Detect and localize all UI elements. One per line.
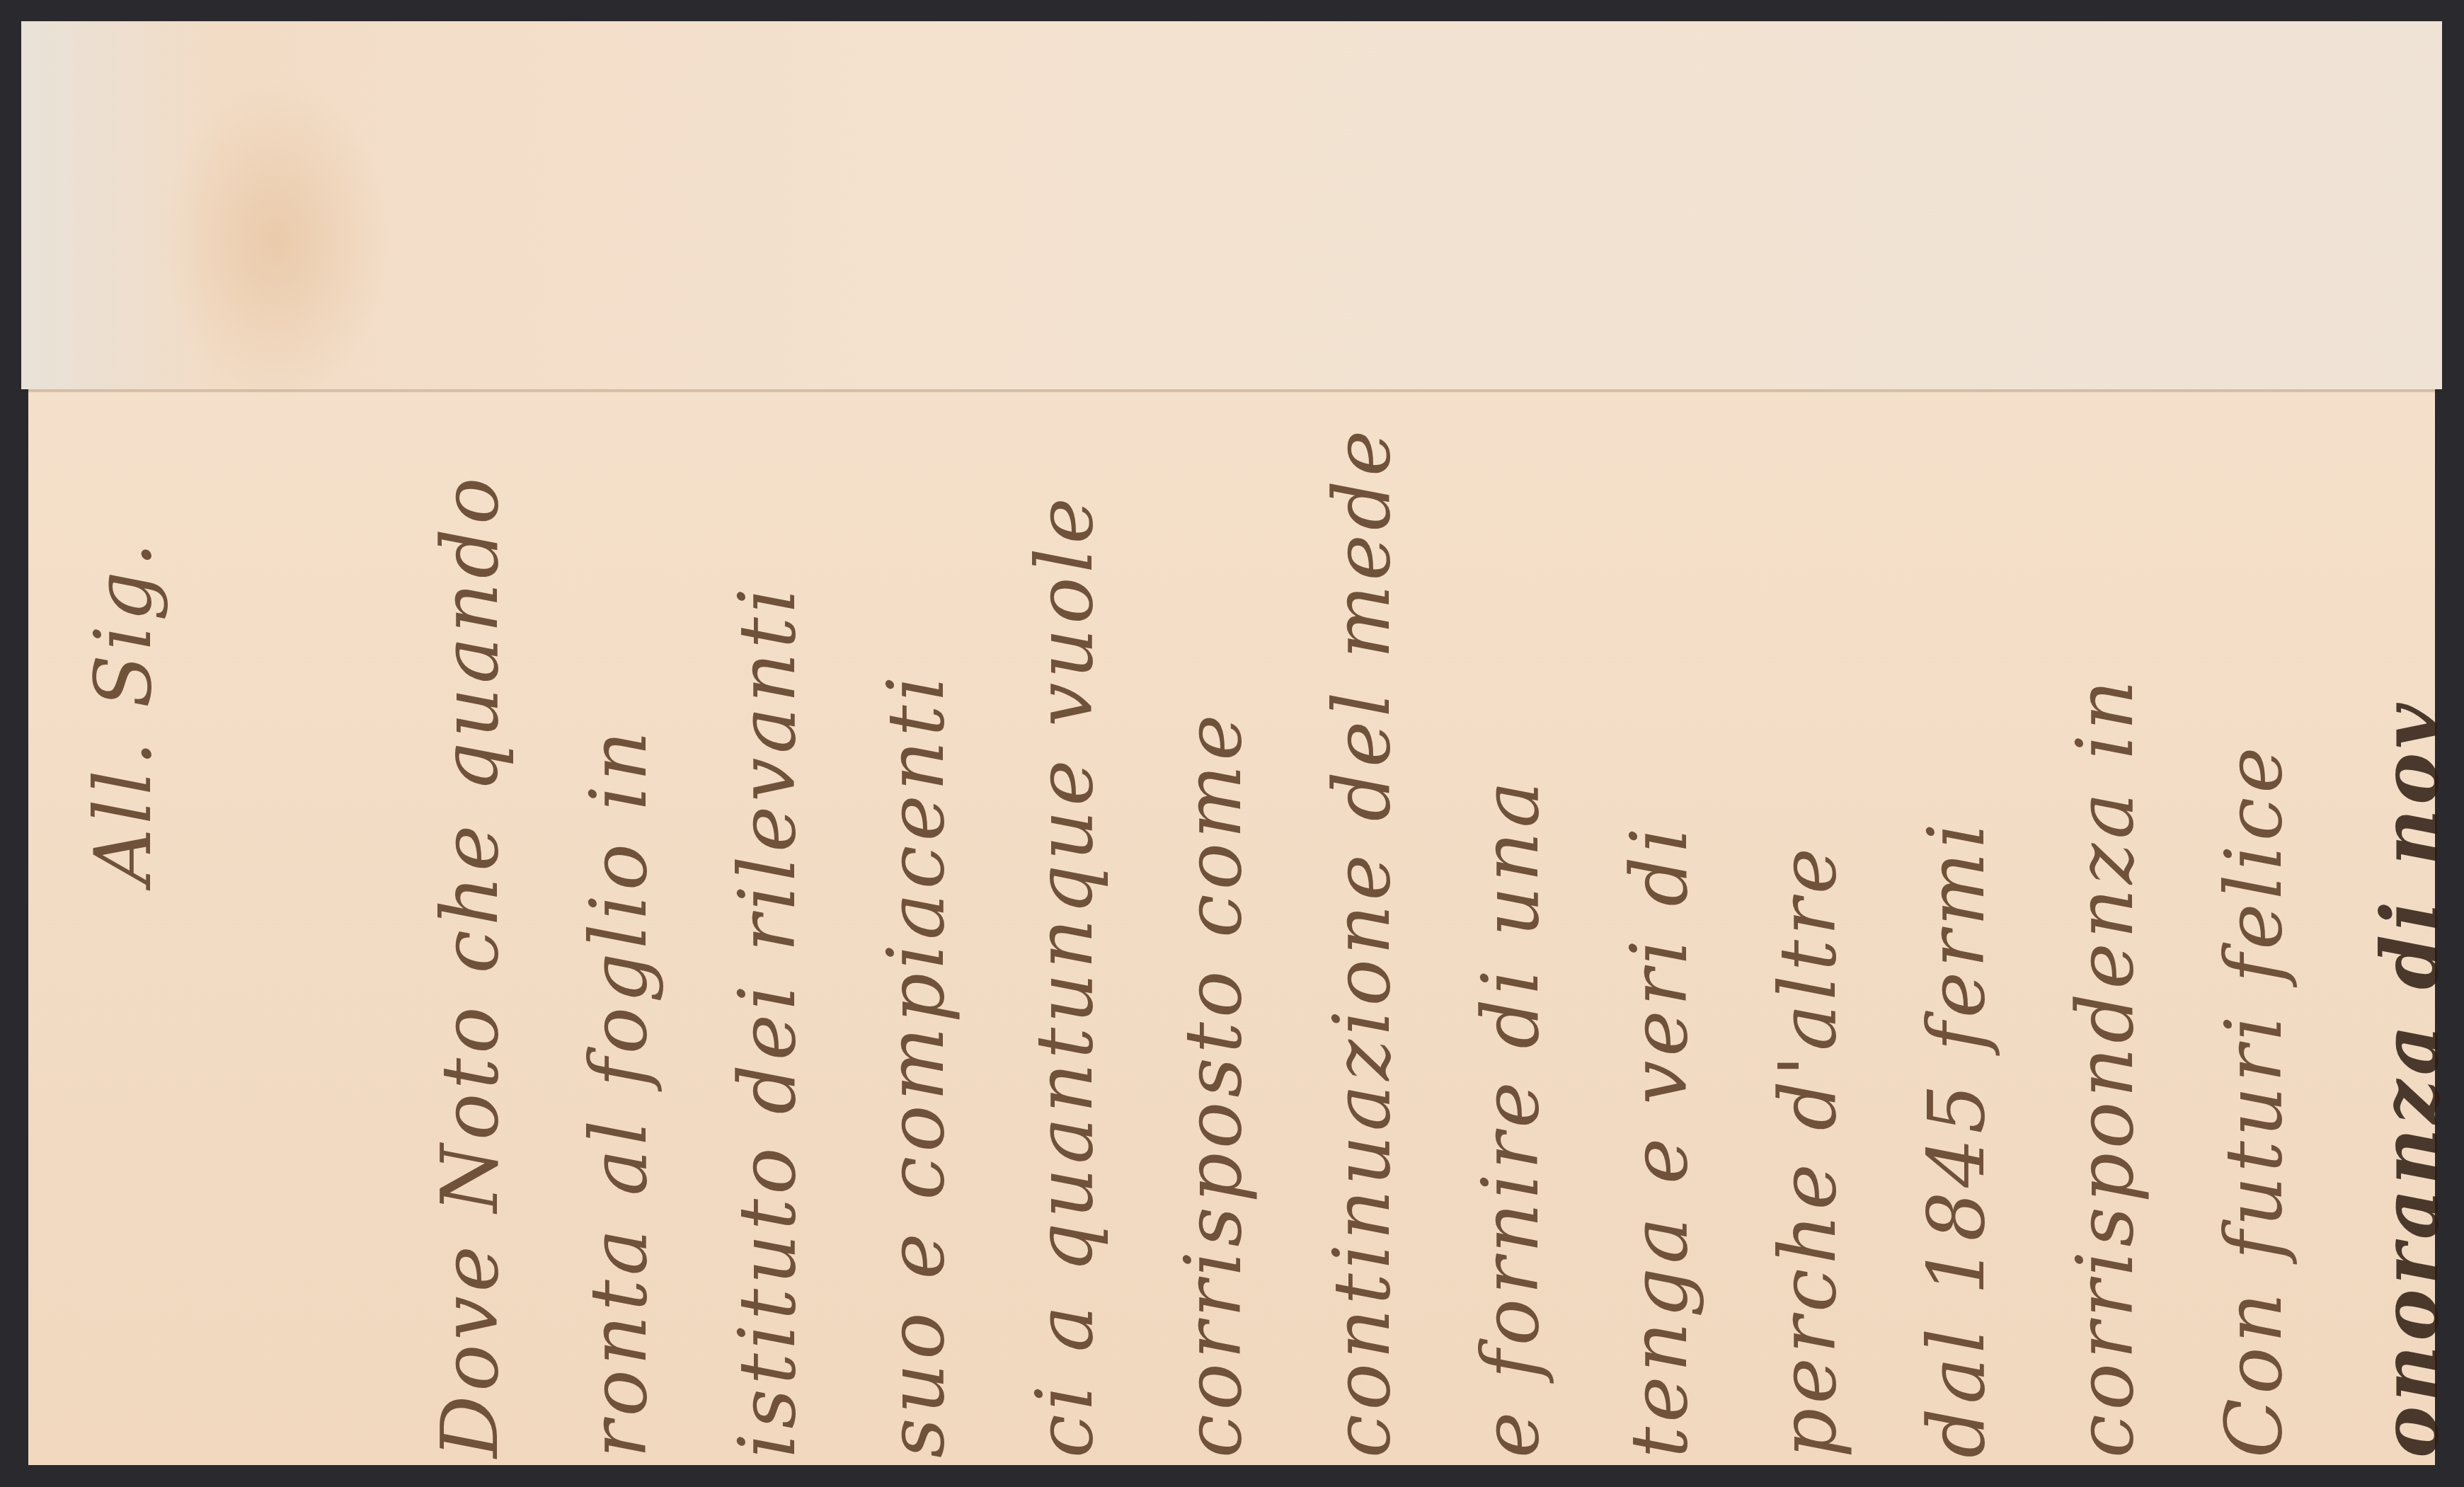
folded-flap [21, 21, 2442, 389]
handwriting-line: dal 1845 fermi [1911, 819, 2002, 1458]
handwriting-line: Con futuri felice [2208, 743, 2299, 1458]
handwriting-line: e fornire di una [1465, 777, 1556, 1458]
handwriting-line: corrisposto come [1168, 711, 1259, 1458]
handwriting-line: ci a quantunque vuole [1019, 493, 1110, 1458]
handwriting-line: All. Sig. [78, 538, 168, 885]
handwriting-line: istituto dei rilevanti [722, 584, 813, 1458]
handwriting-line: tenga e veri di [1614, 823, 1704, 1458]
handwriting-line: ronta al foglio in [573, 727, 664, 1458]
handwriting-line: onoranza di nov [2364, 1392, 2456, 1458]
paper-stain [163, 78, 389, 403]
handwriting-line: Dove Noto che quando [425, 473, 515, 1458]
handwriting-line: corrispondenza in [2060, 676, 2150, 1458]
handwriting-line: continuazione del mede [1317, 426, 1407, 1458]
fold-crease [28, 389, 2435, 392]
handwriting-line: suo e compiacenti [871, 672, 961, 1458]
handwriting-line: perche d'altre [1763, 844, 1853, 1458]
